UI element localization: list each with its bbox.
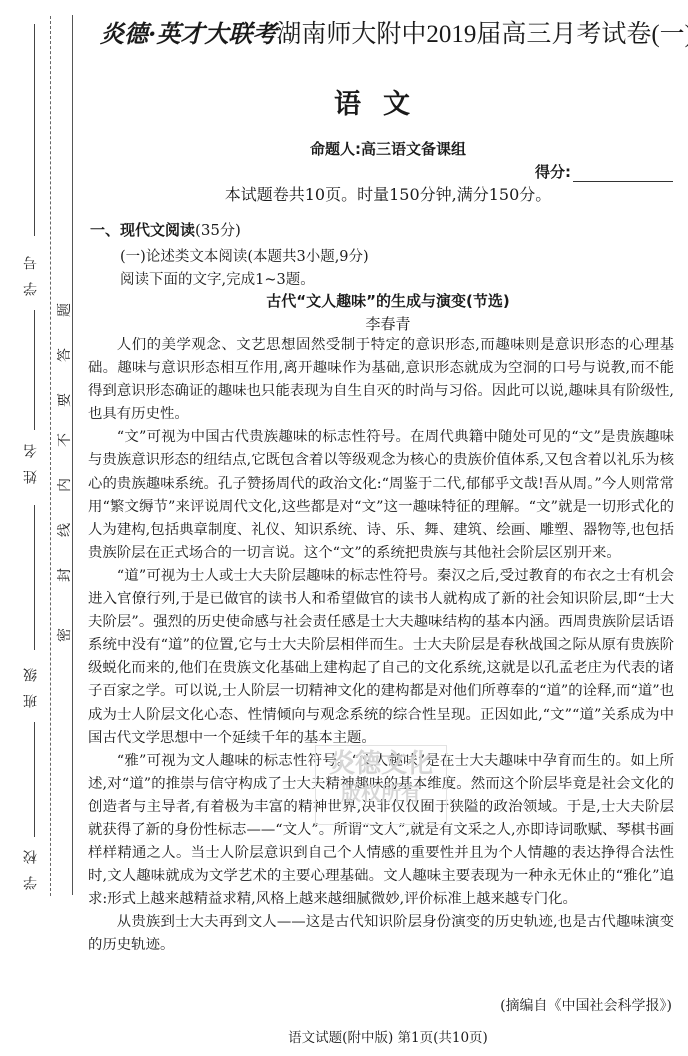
- field-name: 姓名: [22, 432, 42, 484]
- binding-margin: 学号 姓名 班级 学校 密 封 线 内 不 要 答 题: [0, 0, 80, 1056]
- exam-brand: 炎德·英才大联考: [100, 19, 276, 48]
- seal-char: 题: [54, 302, 74, 318]
- article-author: 李春青: [88, 313, 688, 334]
- field-student-id: 学号: [22, 244, 42, 296]
- seal-solid-line: [72, 15, 73, 895]
- score-label: 得分:: [535, 163, 571, 181]
- page-footer: 语文试题(附中版) 第1页(共10页): [88, 1026, 688, 1046]
- seal-char: 不: [54, 432, 74, 448]
- seal-char: 内: [54, 477, 74, 493]
- score-field: 得分:: [535, 161, 673, 182]
- paragraph: “雅”可视为文人趣味的标志性符号。“文人趣味”是在士大夫趣味中孕育而生的。如上所…: [88, 750, 674, 912]
- section-points: (35分): [195, 221, 241, 239]
- section-heading: 一、现代文阅读(35分): [90, 219, 241, 240]
- paragraph: 人们的美学观念、文艺思想固然受制于特定的意识形态,而趣味则是意识形态的心理基础。…: [88, 334, 674, 426]
- seal-dotted-line: [50, 16, 51, 896]
- field-label: 学校: [22, 838, 40, 890]
- field-label: 班级: [22, 656, 40, 708]
- field-school: 学校: [22, 838, 42, 890]
- field-label: 学号: [22, 244, 40, 296]
- article-source: (摘编自《中国社会科学报》): [500, 995, 672, 1015]
- name-write-line[interactable]: [34, 310, 35, 430]
- article-body: 人们的美学观念、文艺思想固然受制于特定的意识形态,而趣味则是意识形态的心理基础。…: [88, 334, 674, 958]
- paragraph: “文”可视为中国古代贵族趣味的标志性符号。在周代典籍中随处可见的“文”是贵族趣味…: [88, 426, 674, 565]
- section-title: 一、现代文阅读: [90, 221, 195, 239]
- exam-info: 本试题卷共10页。时量150分钟,满分150分。: [88, 182, 688, 205]
- exam-name: 湖南师大附中2019届高三月考试卷(一): [276, 21, 688, 48]
- sub-section-heading: (一)论述类文本阅读(本题共3小题,9分): [120, 245, 369, 266]
- student-id-write-line[interactable]: [34, 24, 35, 236]
- reading-instruction: 阅读下面的文字,完成1~3题。: [120, 268, 315, 289]
- field-class: 班级: [22, 656, 42, 708]
- school-write-line[interactable]: [34, 722, 35, 837]
- score-input-line[interactable]: [573, 167, 673, 182]
- field-label: 姓名: [22, 432, 40, 484]
- seal-char: 要: [54, 392, 74, 408]
- class-write-line[interactable]: [34, 505, 35, 650]
- paragraph: 从贵族到士大夫再到文人——这是古代知识阶层身份演变的历史轨迹,也是古代趣味演变的…: [88, 911, 674, 957]
- paragraph: “道”可视为士人或士大夫阶层趣味的标志性符号。秦汉之后,受过教育的布衣之士有机会…: [88, 565, 674, 750]
- seal-char: 答: [54, 347, 74, 363]
- exam-title: 炎德·英才大联考湖南师大附中2019届高三月考试卷(一): [100, 14, 680, 50]
- seal-char: 线: [54, 522, 74, 538]
- subject-heading: 语文: [0, 82, 688, 121]
- seal-char: 封: [54, 567, 74, 583]
- exam-author: 命题人:高三语文备课组: [88, 138, 688, 159]
- seal-char: 密: [54, 627, 74, 643]
- article-title: 古代“文人趣味”的生成与演变(节选): [88, 290, 688, 311]
